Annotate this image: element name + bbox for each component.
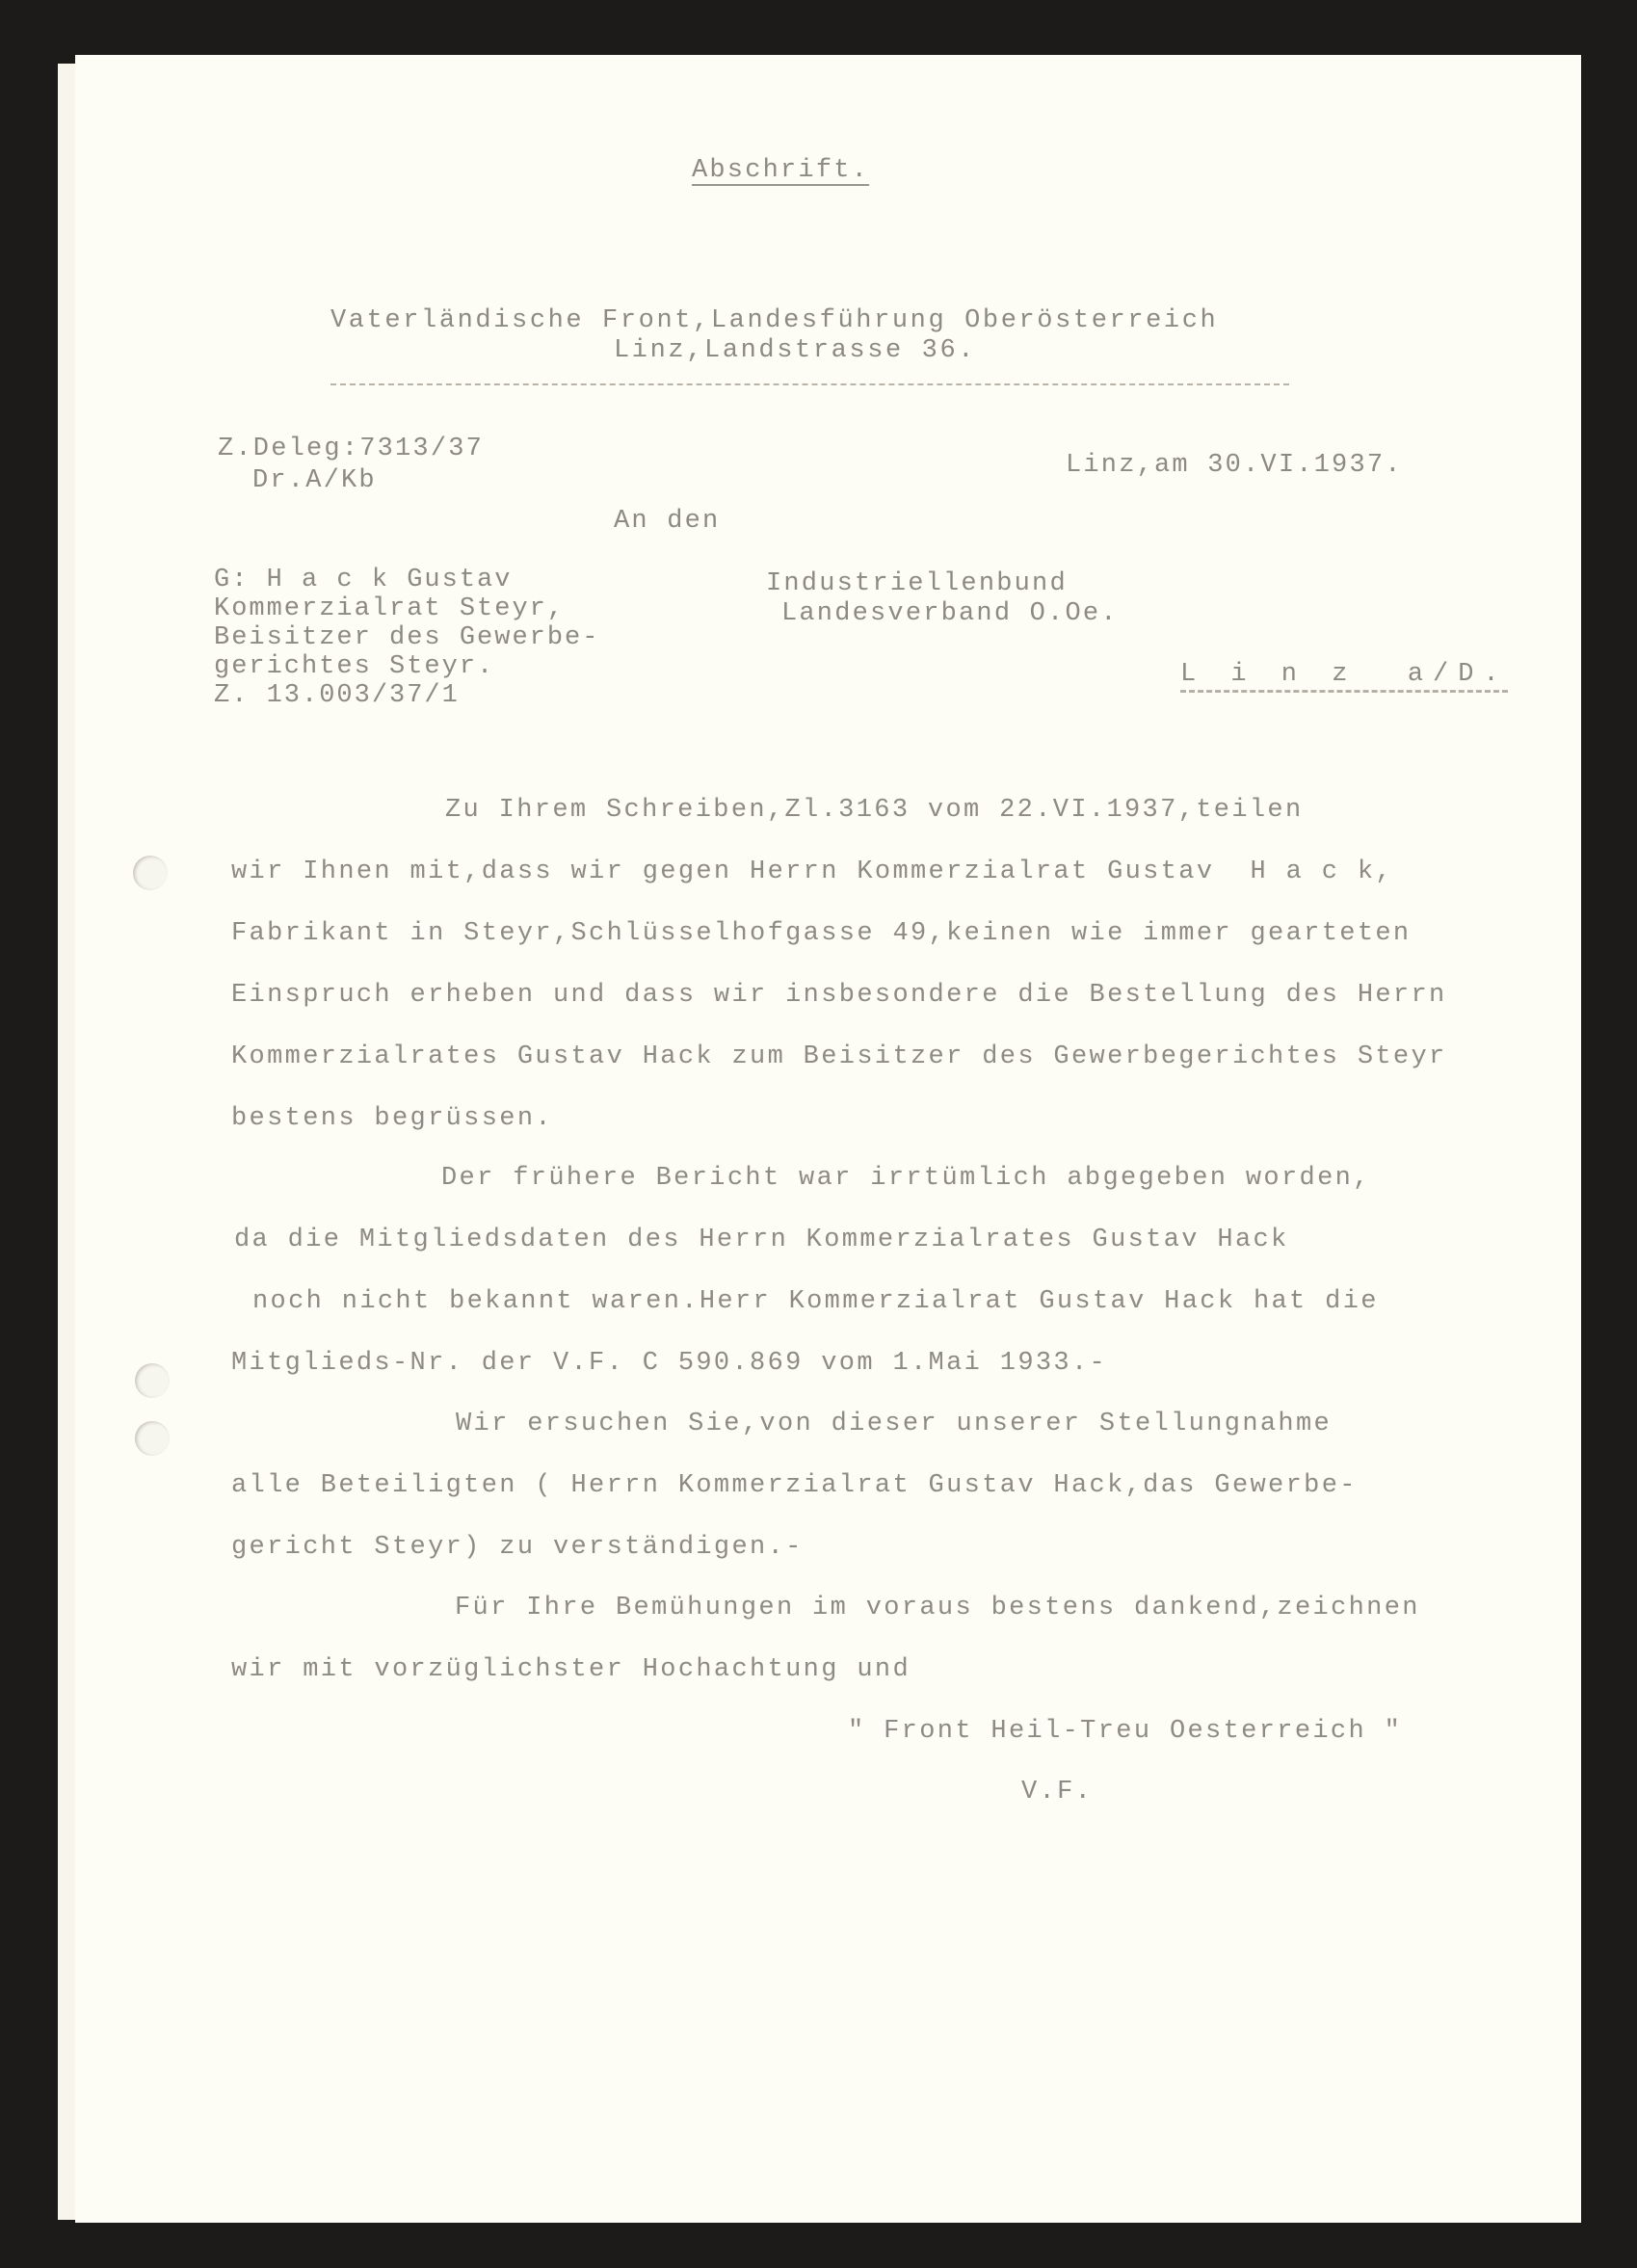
body-line: da die Mitgliedsdaten des Herrn Kommerzi…: [234, 1226, 1289, 1254]
body-line: alle Beteiligten ( Herrn Kommerzialrat G…: [231, 1471, 1358, 1500]
body-line: Fabrikant in Steyr,Schlüsselhofgasse 49,…: [231, 919, 1411, 948]
body-line: Der frühere Bericht war irrtümlich abgeg…: [441, 1164, 1371, 1193]
letterhead-divider: [330, 383, 1289, 385]
letter-date: Linz,am 30.VI.1937.: [1066, 451, 1403, 480]
closing-salutation: " Front Heil-Treu Oesterreich ": [848, 1717, 1402, 1746]
reference-initials: Dr.A/Kb: [252, 466, 377, 495]
letterhead-organization: Vaterländische Front,Landesführung Oberö…: [330, 306, 1218, 335]
subject-line: gerichtes Steyr.: [214, 652, 494, 681]
body-line: Zu Ihrem Schreiben,Zl.3163 vom 22.VI.193…: [445, 796, 1304, 825]
recipient-department: Landesverband O.Oe.: [781, 599, 1119, 628]
body-line: Kommerzialrates Gustav Hack zum Beisitze…: [231, 1042, 1447, 1071]
punch-hole: [135, 1363, 170, 1398]
body-line: bestens begrüssen.: [231, 1104, 553, 1133]
body-line: wir Ihnen mit,dass wir gegen Herrn Komme…: [231, 857, 1393, 886]
punch-hole: [135, 1421, 170, 1456]
body-line: Wir ersuchen Sie,von dieser unserer Stel…: [456, 1410, 1332, 1438]
document-heading: Abschrift.: [692, 156, 869, 185]
body-line: wir mit vorzüglichster Hochachtung und: [231, 1655, 911, 1684]
body-line: gericht Steyr) zu verständigen.-: [231, 1533, 804, 1562]
subject-file-number: Z. 13.003/37/1: [214, 681, 460, 710]
subject-line: Beisitzer des Gewerbe-: [214, 623, 599, 652]
body-line: Für Ihre Bemühungen im voraus bestens da…: [455, 1594, 1420, 1622]
subject-line: Kommerzialrat Steyr,: [214, 594, 565, 623]
punch-hole: [133, 856, 168, 890]
body-line: Einspruch erheben und dass wir insbesond…: [231, 981, 1447, 1010]
body-line: noch nicht bekannt waren.Herr Kommerzial…: [252, 1287, 1379, 1316]
subject-line: G: H a c k Gustav: [214, 566, 512, 594]
document-page: [75, 55, 1581, 2223]
letterhead-address: Linz,Landstrasse 36.: [614, 336, 976, 365]
recipient-city: L i n z a/D.: [1180, 660, 1509, 689]
addressee-prefix: An den: [614, 507, 720, 536]
body-line: Mitglieds-Nr. der V.F. C 590.869 vom 1.M…: [231, 1349, 1107, 1378]
recipient-name: Industriellenbund: [766, 569, 1068, 598]
signature: V.F.: [1021, 1778, 1093, 1806]
reference-number: Z.Deleg:7313/37: [218, 435, 484, 463]
